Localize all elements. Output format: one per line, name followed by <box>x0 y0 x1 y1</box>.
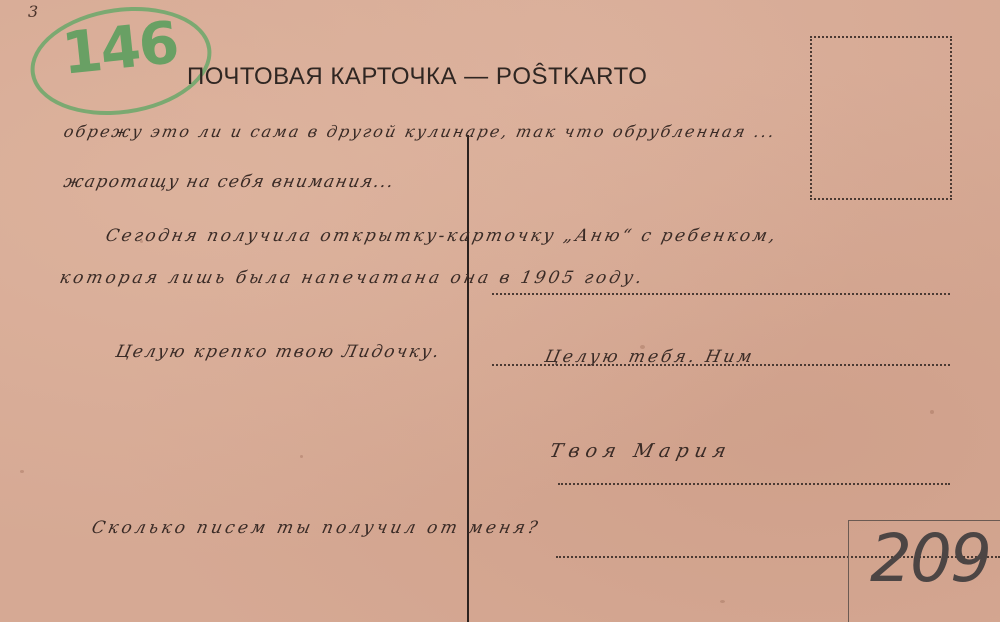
handwritten-line-4: которая лишь была напечатана она в 1905 … <box>58 268 647 288</box>
archive-number: 146 <box>59 8 181 88</box>
corner-pencil-mark: 3 <box>28 2 38 21</box>
center-divider-line <box>467 135 469 622</box>
paper-speck <box>20 470 24 473</box>
printed-header: ПОЧТОВАЯ КАРТОЧКА — POŜTKARTO <box>187 63 647 91</box>
handwritten-line-2: жаротащу на себя внимания... <box>62 172 397 192</box>
signature: Твоя Мария <box>548 440 734 462</box>
handwritten-line-6: Целую тебя. Ним <box>543 347 757 367</box>
handwritten-line-5: Целую крепко твою Лидочку. <box>114 342 443 362</box>
address-line-3 <box>558 483 950 485</box>
paper-speck <box>930 410 934 414</box>
catalog-number: 209 <box>870 520 990 597</box>
handwritten-postscript: Сколько писем ты получил от меня? <box>90 518 543 538</box>
postcard-back: 3 146 ПОЧТОВАЯ КАРТОЧКА — POŜTKARTO обре… <box>0 0 1000 622</box>
stamp-placeholder-box <box>810 36 952 200</box>
paper-speck <box>300 455 303 458</box>
handwritten-line-3: Сегодня получила открытку-карточку „Аню“… <box>104 226 780 246</box>
address-line-1 <box>492 293 950 295</box>
paper-speck <box>720 600 725 603</box>
handwritten-line-1: обрежу это ли и сама в другой кулинаре, … <box>62 122 778 141</box>
